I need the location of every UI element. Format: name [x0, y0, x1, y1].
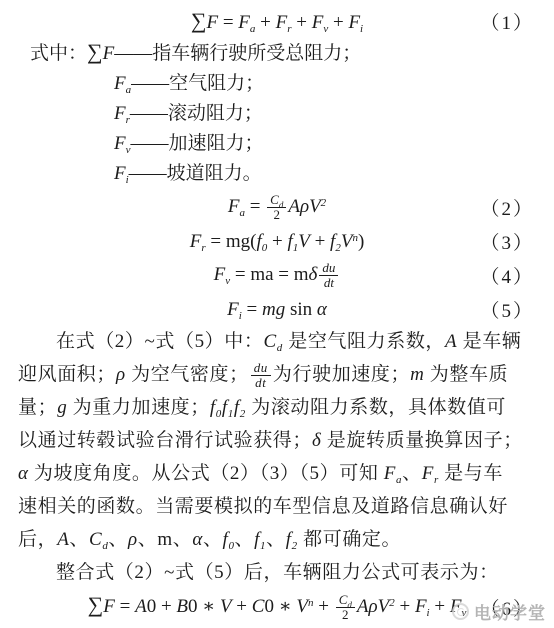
- definition-line: Fa——空气阻力；: [114, 69, 536, 99]
- equation-4-body: Fv = ma = mδdudt: [214, 261, 341, 291]
- equation-3-body: Fr = mg(f0 + f1V + f2Vn): [190, 231, 365, 253]
- equation-number: （4）: [480, 262, 534, 289]
- body-line: 迎风面积；ρ 为空气密度；dudt为行驶加速度；m 为整车质: [18, 358, 536, 391]
- equation-2: Fa = Cd2AρV2（2）: [18, 189, 536, 226]
- body-line: 整合式（2）~式（5）后，车辆阻力公式可表示为：: [18, 556, 536, 589]
- equation-5: Fi = mg sin α（5）: [18, 294, 536, 325]
- body-line: 后，A、Cd、ρ、m、α、f0、f1、f2 都可确定。: [18, 523, 536, 556]
- definition-line: Fi——坡道阻力。: [114, 159, 536, 189]
- definition-line: Fr——滚动阻力；: [114, 99, 536, 129]
- definition-line: Fv——加速阻力；: [114, 129, 536, 159]
- equation-number: （3）: [480, 228, 534, 255]
- body-line: 量；g 为重力加速度；f0f1f2 为滚动阻力系数，具体数值可: [18, 391, 536, 424]
- equation-5-body: Fi = mg sin α: [227, 299, 327, 321]
- body-line: 以通过转毂试验台滑行试验获得；δ 是旋转质量换算因子；: [18, 424, 536, 457]
- equation-1-body: ∑F = Fa + Fr + Fv + Fi: [191, 9, 363, 34]
- document-content: ∑F = Fa + Fr + Fv + Fi（1）式中：∑F——指车辆行驶所受总…: [18, 6, 536, 626]
- equation-4: Fv = ma = mδdudt（4）: [18, 257, 536, 294]
- body-line: 在式（2）~式（5）中：Cd 是空气阻力系数，A 是车辆: [18, 325, 536, 358]
- body-line: α 为坡度角度。从公式（2）（3）（5）可知 Fa、Fr 是与车: [18, 457, 536, 490]
- equation-1: ∑F = Fa + Fr + Fv + Fi（1）: [18, 6, 536, 37]
- equation-number: （5）: [480, 296, 534, 323]
- watermark: 电动学堂: [452, 599, 546, 624]
- where-clause-line: 式中：∑F——指车辆行驶所受总阻力；: [30, 37, 536, 69]
- article-page: ∑F = Fa + Fr + Fv + Fi（1）式中：∑F——指车辆行驶所受总…: [0, 0, 554, 628]
- watermark-label: 电动学堂: [474, 599, 546, 624]
- equation-2-body: Fa = Cd2AρV2: [228, 193, 326, 223]
- equation-number: （2）: [480, 194, 534, 221]
- watermark-logo-icon: [452, 603, 469, 620]
- equation-number: （1）: [480, 8, 534, 35]
- equation-3: Fr = mg(f0 + f1V + f2Vn)（3）: [18, 226, 536, 257]
- body-line: 速相关的函数。当需要模拟的车型信息及道路信息确认好: [18, 490, 536, 523]
- equation-6-body: ∑F = A0 + B0 ∗ V + C0 ∗ Vn + Cd2AρV2 + F…: [88, 593, 467, 623]
